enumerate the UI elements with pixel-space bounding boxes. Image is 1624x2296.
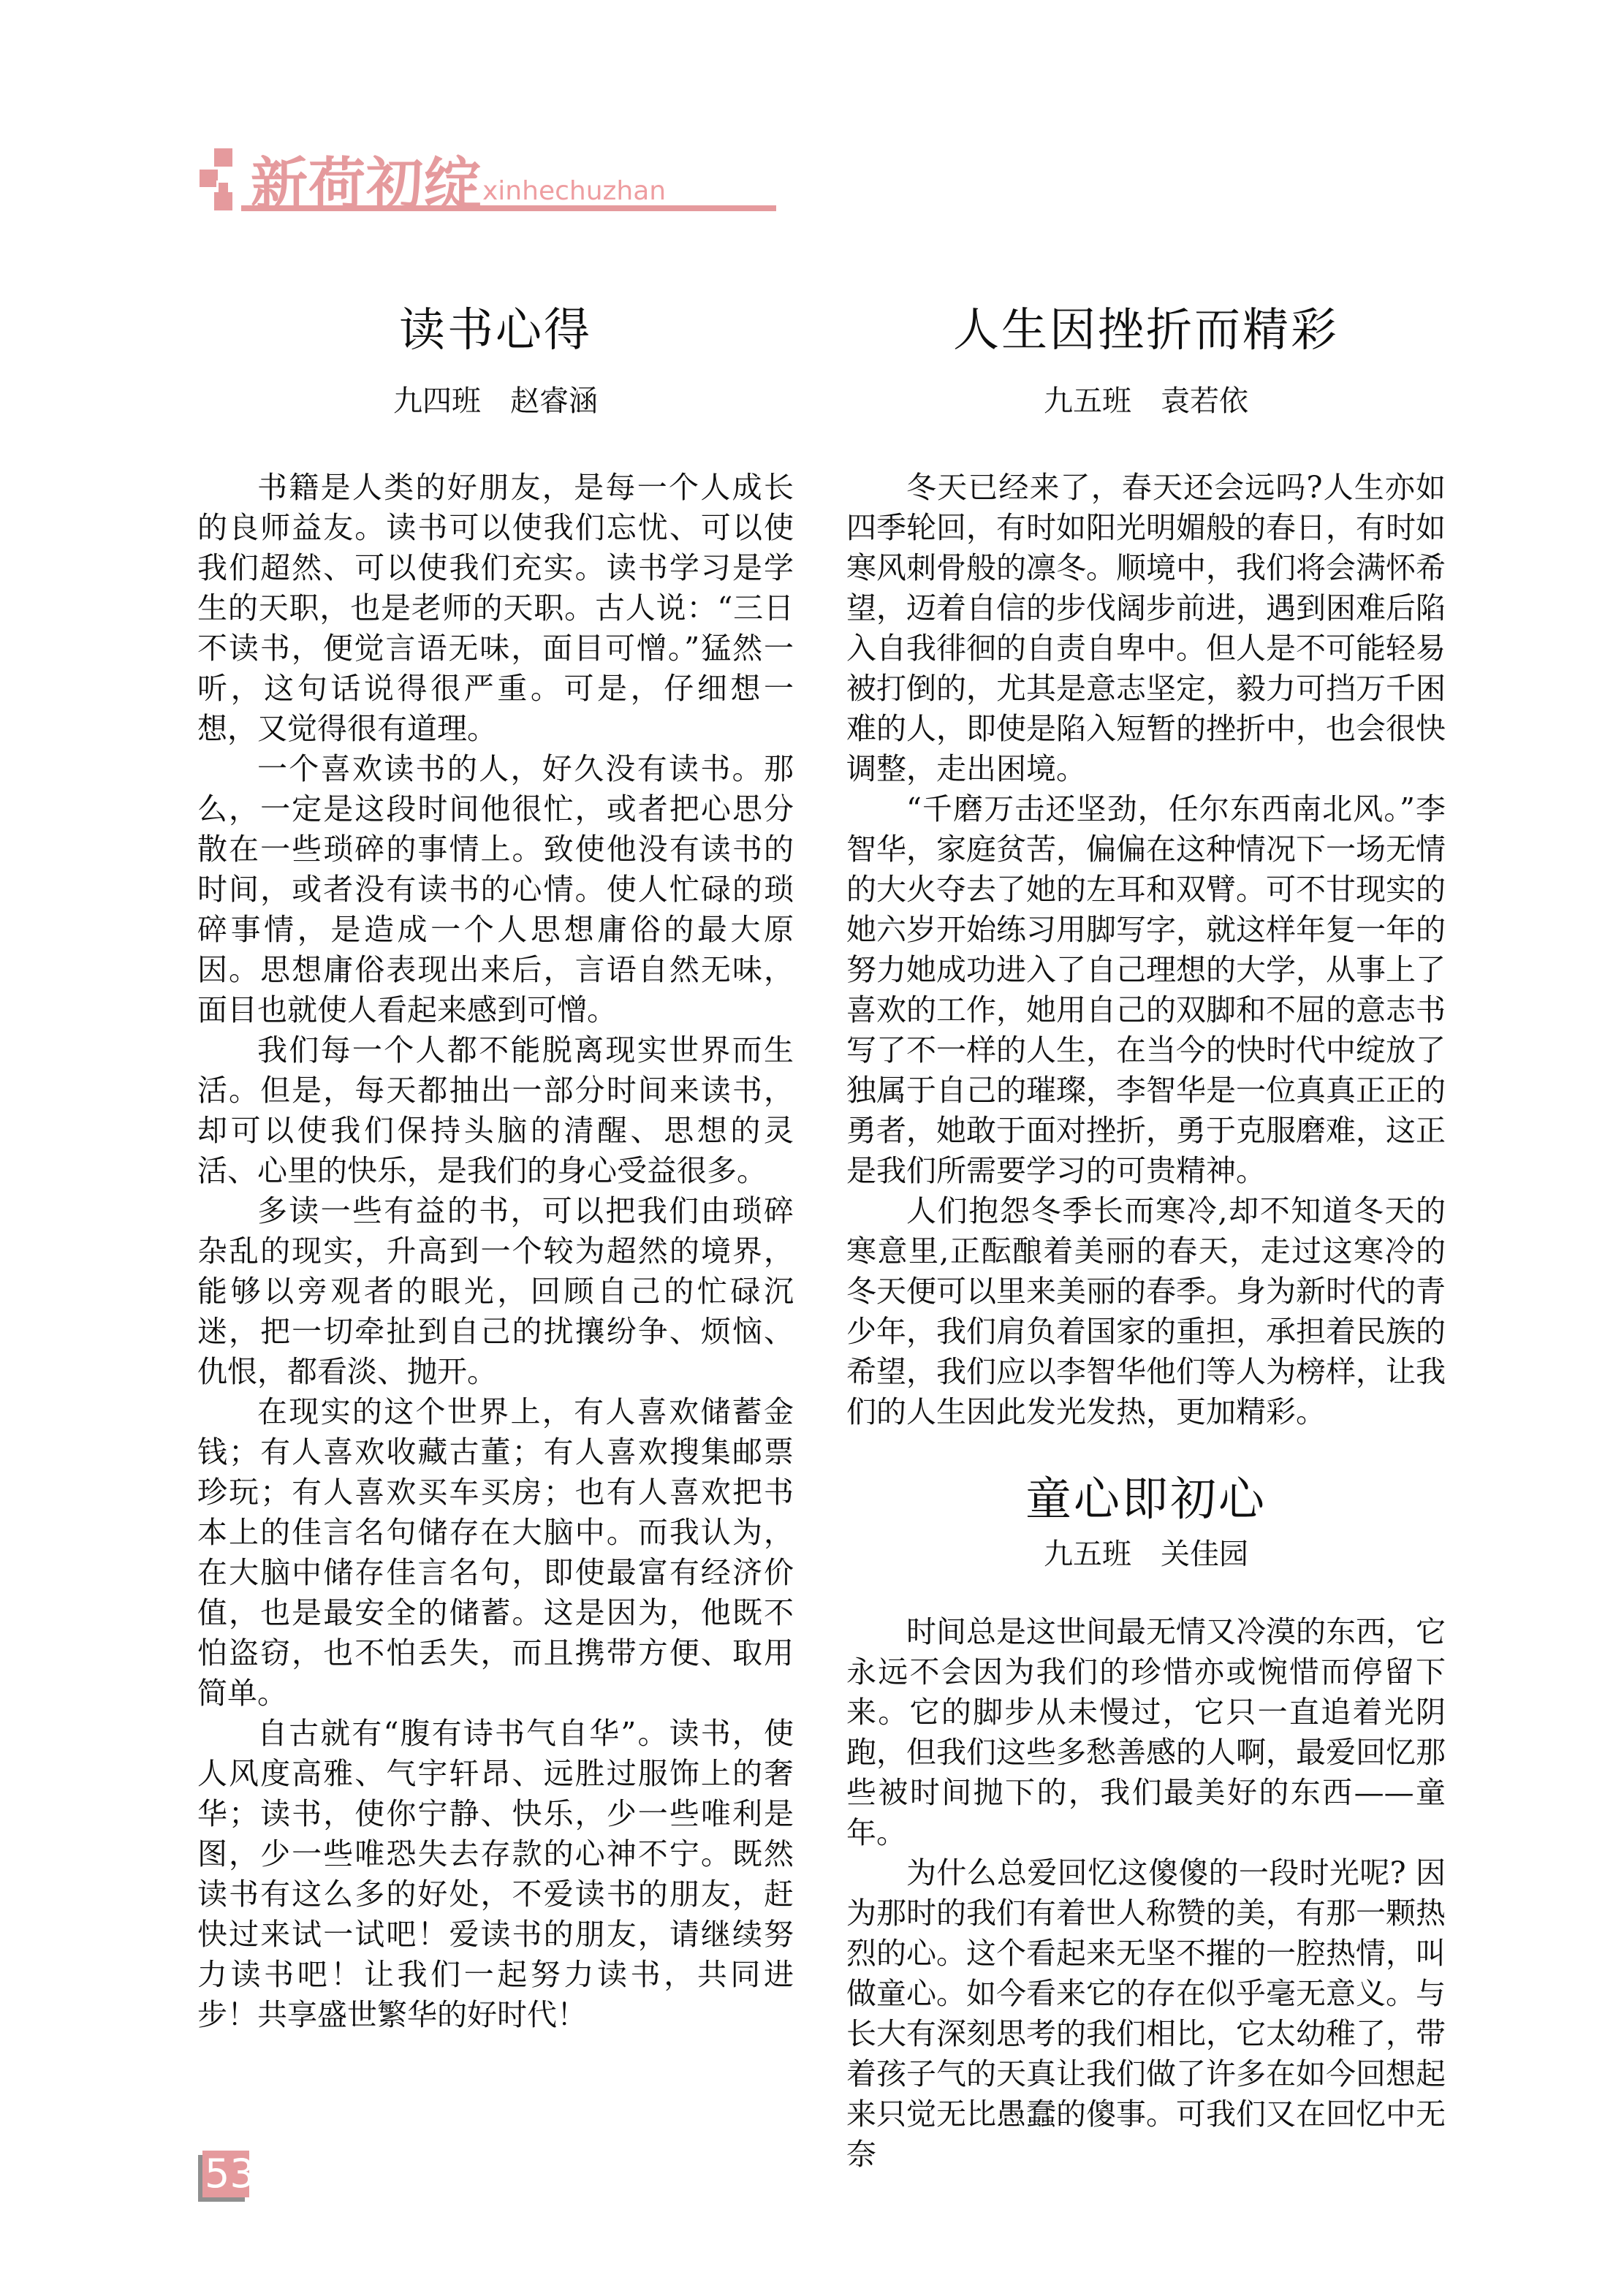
logo-square-left — [200, 170, 218, 187]
article-paragraph: 冬天已经来了，春天还会远吗?人生亦如四季轮回，有时如阳光明媚般的春日，有时如寒风… — [846, 468, 1446, 789]
article-author: 九五班 关佳园 — [846, 1539, 1446, 1570]
article-author: 九四班 赵睿涵 — [197, 386, 794, 417]
article-paragraph: 一个喜欢读书的人，好久没有读书。那么，一定是这段时间他很忙，或者把心思分散在一些… — [197, 749, 794, 1030]
article-paragraph: 自古就有“腹有诗书气自华”。读书，使人风度高雅、气宇轩昂、远胜过服饰上的奢华；读… — [197, 1714, 794, 2035]
logo-square-top — [214, 148, 232, 167]
article-paragraph: 为什么总爱回忆这傻傻的一段时光呢? 因为那时的我们有着世人称赞的美，有那一颗热烈… — [846, 1853, 1446, 2175]
article-author: 九五班 袁若依 — [846, 386, 1446, 417]
article-childlike-heart: 童心即初心 九五班 关佳园 时间总是这世间最无情又冷漠的东西，它永远不会因为我们… — [846, 1476, 1446, 2175]
article-body: 书籍是人类的好朋友，是每一个人成长的良师益友。读书可以使我们忘忧、可以使我们超然… — [197, 468, 794, 2035]
page-number-badge: 53 — [202, 2151, 249, 2197]
page-number: 53 — [205, 2151, 255, 2197]
left-column: 读书心得 九四班 赵睿涵 书籍是人类的好朋友，是每一个人成长的良师益友。读书可以… — [197, 292, 794, 2035]
article-paragraph: 时间总是这世间最无情又冷漠的东西，它永远不会因为我们的珍惜亦或惋惜而停留下来。它… — [846, 1612, 1446, 1853]
logo-square-bottom — [214, 192, 232, 210]
article-body: 时间总是这世间最无情又冷漠的东西，它永远不会因为我们的珍惜亦或惋惜而停留下来。它… — [846, 1612, 1446, 2175]
article-body: 冬天已经来了，春天还会远吗?人生亦如四季轮回，有时如阳光明媚般的春日，有时如寒风… — [846, 468, 1446, 1432]
logo-square-small — [219, 183, 228, 192]
article-paragraph: “千磨万击还坚劲，任尔东西南北风。”李智华，家庭贫苦，偏偏在这种情况下一场无情的… — [846, 789, 1446, 1191]
article-paragraph: 人们抱怨冬季长而寒冷,却不知道冬天的寒意里,正酝酿着美丽的春天，走过这寒冷的冬天… — [846, 1191, 1446, 1432]
article-paragraph: 我们每一个人都不能脱离现实世界而生活。但是，每天都抽出一部分时间来读书，却可以使… — [197, 1030, 794, 1191]
article-title: 人生因挫折而精彩 — [846, 307, 1446, 354]
article-paragraph: 书籍是人类的好朋友，是每一个人成长的良师益友。读书可以使我们忘忧、可以使我们超然… — [197, 468, 794, 749]
article-title: 童心即初心 — [846, 1476, 1446, 1523]
article-title: 读书心得 — [197, 307, 794, 354]
article-paragraph: 在现实的这个世界上，有人喜欢储蓄金钱；有人喜欢收藏古董；有人喜欢搜集邮票珍玩；有… — [197, 1392, 794, 1714]
article-life-wonderful-for-setbacks: 人生因挫折而精彩 九五班 袁若依 冬天已经来了，春天还会远吗?人生亦如四季轮回，… — [846, 307, 1446, 1432]
logo-subtext: xinhechuzhan — [482, 177, 666, 206]
right-column: 人生因挫折而精彩 九五班 袁若依 冬天已经来了，春天还会远吗?人生亦如四季轮回，… — [846, 292, 1446, 2175]
magazine-page: 新荷初绽 xinhechuzhan 读书心得 九四班 赵睿涵 书籍是人类的好朋友… — [0, 0, 1624, 2296]
article-reading-notes: 读书心得 九四班 赵睿涵 书籍是人类的好朋友，是每一个人成长的良师益友。读书可以… — [197, 307, 794, 2035]
header-divider — [241, 205, 776, 211]
article-paragraph: 多读一些有益的书，可以把我们由琐碎杂乱的现实，升高到一个较为超然的境界，能够以旁… — [197, 1191, 794, 1392]
